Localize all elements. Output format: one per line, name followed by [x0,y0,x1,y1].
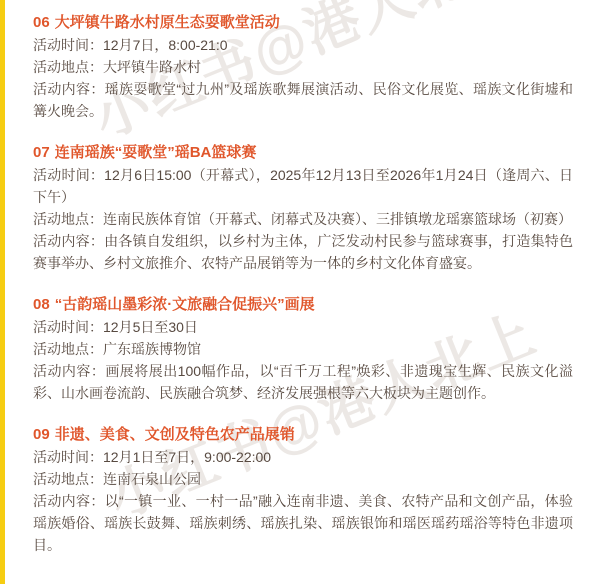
time-value: 12月7日，8:00-21:0 [103,37,228,53]
time-value: 12月5日至30日 [103,319,198,335]
time-label: 活动时间： [33,449,103,465]
event-title: 08“古韵瑶山墨彩浓·文旅融合促振兴”画展 [33,294,573,316]
event-name: 非遗、美食、文创及特色农产品展销 [55,426,295,443]
event-time-row: 活动时间：12月6日15:00（开幕式），2025年12月13日至2026年1月… [33,164,573,208]
content-value: 瑶族耍歌堂“过九州”及瑶族歌舞展演活动、民俗文化展览、瑶族文化街墟和篝火晚会。 [33,81,573,119]
time-label: 活动时间： [33,37,103,53]
location-value: 连南民族体育馆（开幕式、闭幕式及决赛）、三排镇墩龙瑶寨篮球场（初赛） [103,211,572,227]
location-value: 广东瑶族博物馆 [103,341,201,357]
time-label: 活动时间： [33,319,103,335]
event-number: 06 [33,14,50,31]
event-title: 06大坪镇牛路水村原生态耍歌堂活动 [33,12,573,34]
content-value: 由各镇自发组织，以乡村为主体，广泛发动村民参与篮球赛事，打造集特色赛事举办、乡村… [33,233,573,271]
event-number: 08 [33,296,50,313]
event-section-08: 08“古韵瑶山墨彩浓·文旅融合促振兴”画展 活动时间：12月5日至30日 活动地… [33,294,573,404]
event-content-row: 活动内容：以“一镇一业、一村一品”融入连南非遗、美食、农特产品和文创产品，体验瑶… [33,490,573,556]
event-content-row: 活动内容：瑶族耍歌堂“过九州”及瑶族歌舞展演活动、民俗文化展览、瑶族文化街墟和篝… [33,78,573,122]
event-title: 07连南瑶族“耍歌堂”瑶BA篮球赛 [33,142,573,164]
content-label: 活动内容： [33,363,105,379]
location-label: 活动地点： [33,341,103,357]
event-number: 09 [33,426,50,443]
time-value: 12月1日至7日，9:00-22:00 [103,449,271,465]
event-name: 大坪镇牛路水村原生态耍歌堂活动 [55,14,280,31]
time-label: 活动时间： [33,167,104,183]
content-value: 以“一镇一业、一村一品”融入连南非遗、美食、农特产品和文创产品，体验瑶族婚俗、瑶… [33,493,573,553]
content-label: 活动内容： [33,233,104,249]
event-time-row: 活动时间：12月5日至30日 [33,316,573,338]
content-value: 画展将展出100幅作品，以“百千万工程”焕彩、非遗瑰宝生辉、民族文化溢彩、山水画… [33,363,573,401]
event-time-row: 活动时间：12月7日，8:00-21:0 [33,34,573,56]
event-list: 06大坪镇牛路水村原生态耍歌堂活动 活动时间：12月7日，8:00-21:0 活… [33,12,573,576]
content-label: 活动内容： [33,493,105,509]
left-accent-stripe [0,0,5,584]
event-number: 07 [33,144,50,161]
location-label: 活动地点： [33,471,103,487]
event-content-row: 活动内容：由各镇自发组织，以乡村为主体，广泛发动村民参与篮球赛事，打造集特色赛事… [33,230,573,274]
event-location-row: 活动地点：连南石泉山公园 [33,468,573,490]
event-location-row: 活动地点：广东瑶族博物馆 [33,338,573,360]
event-section-09: 09非遗、美食、文创及特色农产品展销 活动时间：12月1日至7日，9:00-22… [33,424,573,556]
event-time-row: 活动时间：12月1日至7日，9:00-22:00 [33,446,573,468]
location-label: 活动地点： [33,59,103,75]
location-value: 大坪镇牛路水村 [103,59,201,75]
event-section-07: 07连南瑶族“耍歌堂”瑶BA篮球赛 活动时间：12月6日15:00（开幕式），2… [33,142,573,274]
event-location-row: 活动地点：连南民族体育馆（开幕式、闭幕式及决赛）、三排镇墩龙瑶寨篮球场（初赛） [33,208,573,230]
event-section-06: 06大坪镇牛路水村原生态耍歌堂活动 活动时间：12月7日，8:00-21:0 活… [33,12,573,122]
event-location-row: 活动地点：大坪镇牛路水村 [33,56,573,78]
content-label: 活动内容： [33,81,105,97]
event-content-row: 活动内容：画展将展出100幅作品，以“百千万工程”焕彩、非遗瑰宝生辉、民族文化溢… [33,360,573,404]
event-name: 连南瑶族“耍歌堂”瑶BA篮球赛 [55,144,257,161]
event-title: 09非遗、美食、文创及特色农产品展销 [33,424,573,446]
page: 小红书@港人北上 小红书@港人北上 06大坪镇牛路水村原生态耍歌堂活动 活动时间… [0,0,599,584]
location-value: 连南石泉山公园 [103,471,201,487]
time-value: 12月6日15:00（开幕式），2025年12月13日至2026年1月24日（逢… [33,167,573,205]
location-label: 活动地点： [33,211,103,227]
event-name: “古韵瑶山墨彩浓·文旅融合促振兴”画展 [55,296,315,313]
